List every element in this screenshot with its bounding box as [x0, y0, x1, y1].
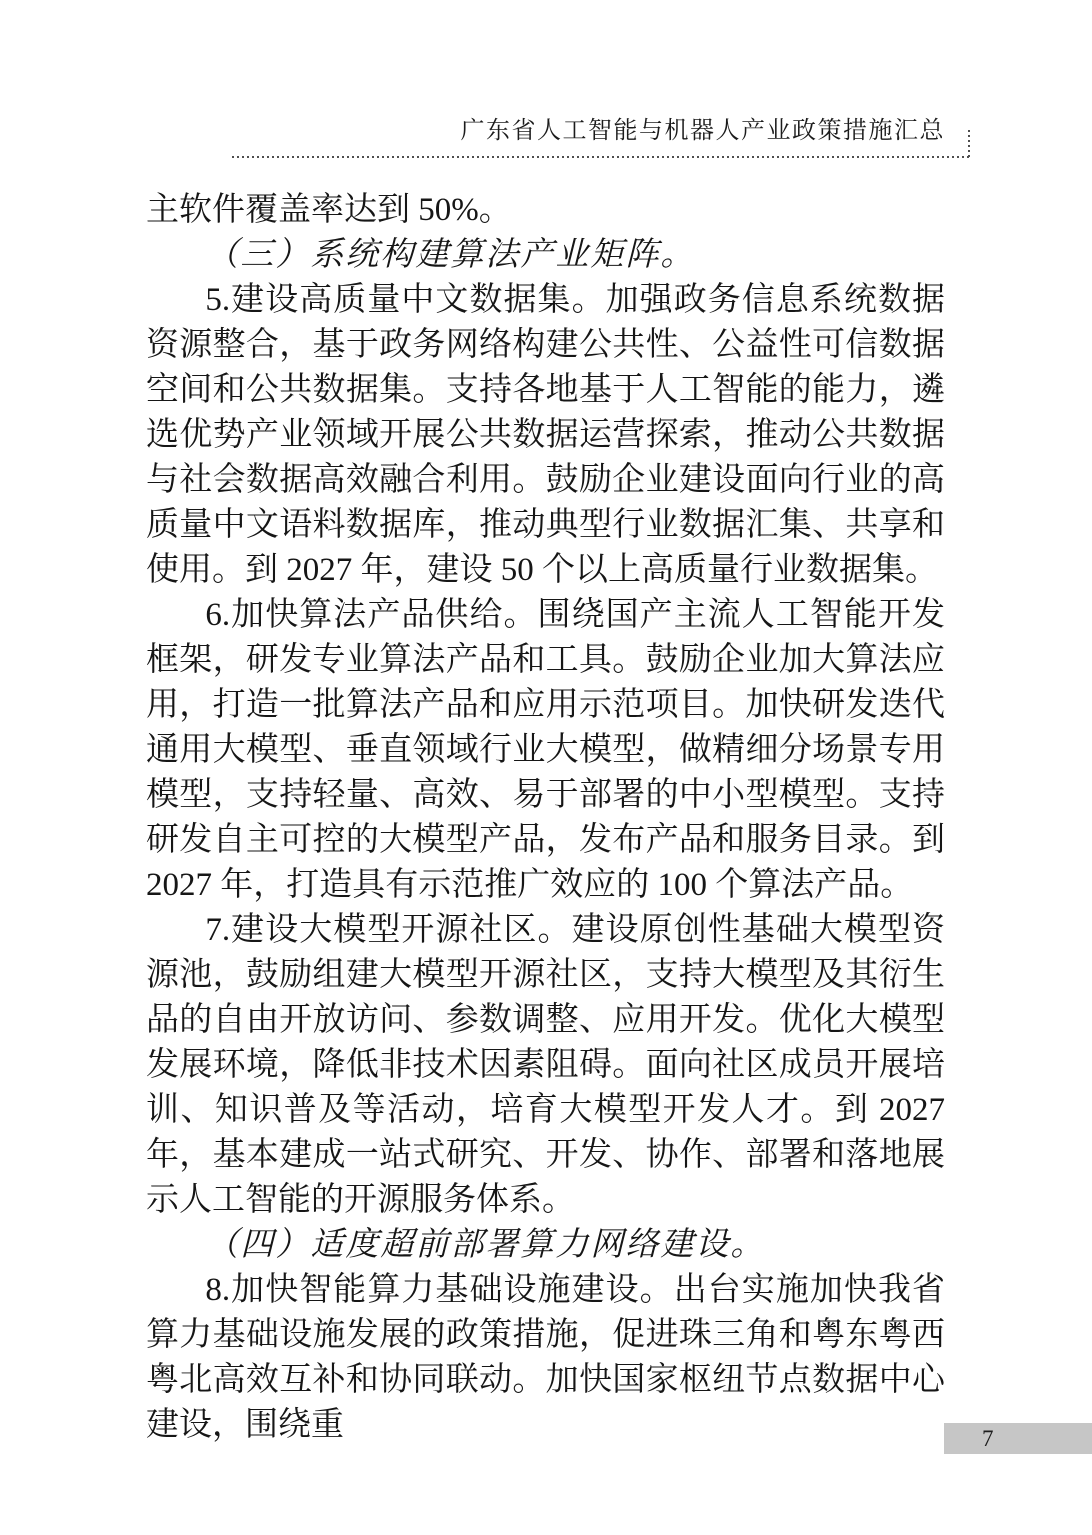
page-number-badge: 7: [944, 1423, 1092, 1454]
section-heading-four: （四）适度超前部署算力网络建设。: [146, 1223, 945, 1268]
paragraph-continuation: 主软件覆盖率达到 50%。: [146, 188, 945, 233]
page-number: 7: [982, 1426, 994, 1451]
paragraph-item-7: 7.建设大模型开源社区。建设原创性基础大模型资源池，鼓励组建大模型开源社区，支持…: [146, 908, 945, 1223]
paragraph-item-6: 6.加快算法产品供给。围绕国产主流人工智能开发框架，研发专业算法产品和工具。鼓励…: [146, 593, 945, 908]
running-header-title: 广东省人工智能与机器人产业政策措施汇总: [461, 110, 946, 145]
header-rule-horizontal: [232, 156, 972, 158]
section-heading-three: （三）系统构建算法产业矩阵。: [146, 233, 945, 278]
paragraph-item-8: 8.加快智能算力基础设施建设。出台实施加快我省算力基础设施发展的政策措施，促进珠…: [146, 1268, 945, 1448]
document-body: 主软件覆盖率达到 50%。 （三）系统构建算法产业矩阵。 5.建设高质量中文数据…: [146, 188, 945, 1448]
paragraph-item-5: 5.建设高质量中文数据集。加强政务信息系统数据资源整合，基于政务网络构建公共性、…: [146, 278, 945, 593]
document-page: 广东省人工智能与机器人产业政策措施汇总 主软件覆盖率达到 50%。 （三）系统构…: [0, 0, 1092, 1535]
header-rule-vertical: [968, 130, 970, 158]
